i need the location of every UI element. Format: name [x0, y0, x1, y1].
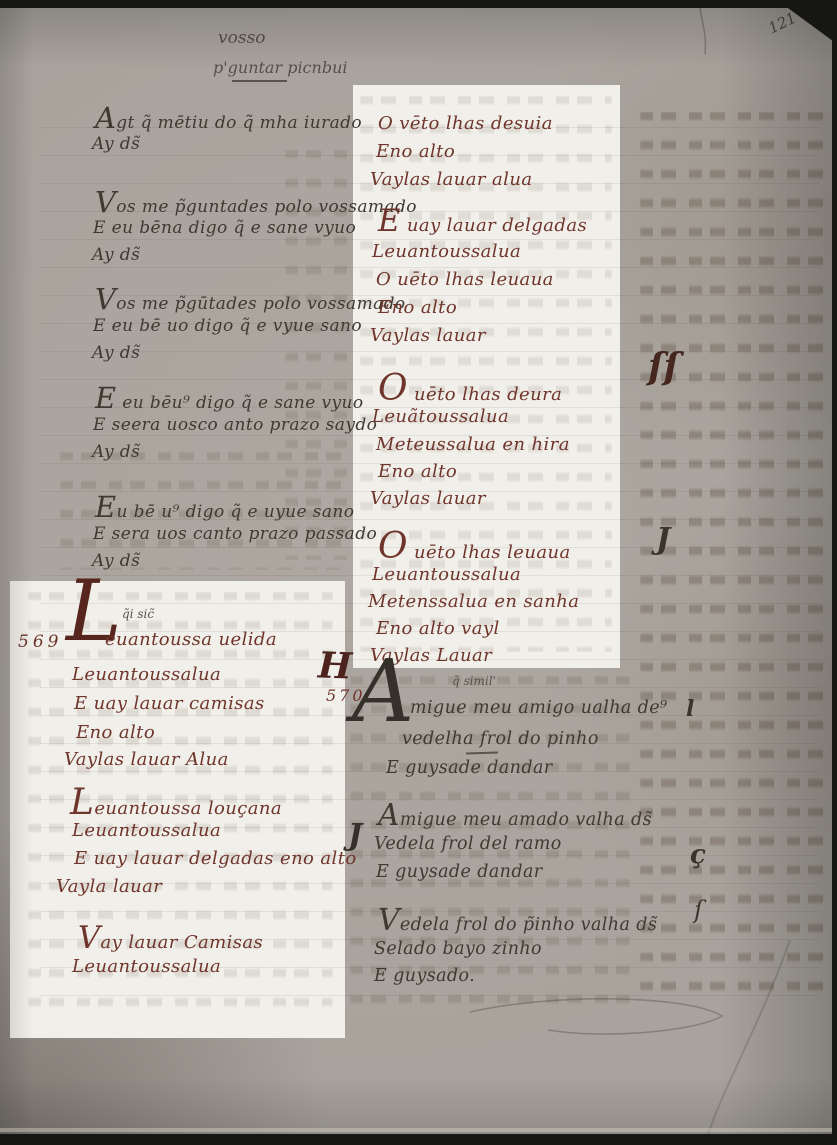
- verse-line: E guysade dandar: [386, 760, 553, 778]
- double-loop-margin-mark: ſſ: [648, 346, 679, 388]
- verse-line: vedelha frol do pinho: [402, 731, 599, 749]
- scan-edge-right: [832, 0, 837, 1145]
- scan-edge-top: [0, 0, 837, 8]
- verse-line: Vaylas lauar alua: [370, 171, 532, 189]
- verse-line: Ay ds̃: [92, 444, 140, 461]
- bleedthrough-text-lines: [640, 112, 830, 1002]
- verse-line: E sera uos canto prazo passado: [93, 526, 377, 543]
- verse-line: Eno alto: [376, 143, 455, 161]
- verse-line: Vayla lauar: [56, 878, 162, 896]
- verse-line: Leuantoussalua: [72, 958, 221, 976]
- verse-line: migue meu amigo ualha de⁹: [410, 700, 667, 718]
- verse-line: Leuãtoussalua: [372, 408, 509, 426]
- manuscript-page: vosso p'guntar picnbui 121 Agt q̃ mētiu …: [0, 0, 837, 1145]
- bar-margin-mark: l: [686, 696, 694, 722]
- verse-line: Leuantoussalua: [72, 666, 221, 684]
- verse-line: Metenssalua en sanha: [368, 593, 579, 611]
- verse-line: E uay lauar delgadas eno alto: [74, 850, 357, 868]
- verse-line: E guysade dandar: [376, 864, 543, 882]
- verse-line: O uēto lhas leuaua: [378, 534, 571, 562]
- long-s-margin-mark: ſ: [694, 896, 703, 924]
- verse-line: Leuantoussalua: [372, 566, 521, 584]
- verse-line: O vēto lhas desuia: [378, 115, 553, 133]
- verse-line: E seera uosco anto prazo saydo: [93, 417, 377, 434]
- frol-underline: [466, 751, 498, 754]
- curl-margin-mark: ç: [690, 840, 706, 870]
- verse-line: Vay lauar Camisas: [78, 928, 263, 952]
- verse-line: Amigue meu amado valha ds̃: [378, 805, 652, 830]
- folio-number: 121: [766, 9, 800, 38]
- header-annotation-note: p'guntar picnbui: [213, 58, 347, 77]
- verse-line: Ay ds̃: [92, 247, 140, 264]
- header-annotation-word: vosso: [218, 28, 266, 48]
- decorated-initial-A: A: [352, 658, 414, 727]
- verse-line: Eu bē u⁹ digo q̃ e uyue sano: [95, 497, 354, 521]
- verse-line: Vedela frol del ramo: [374, 836, 562, 854]
- verse-line: E eu bē uo digo q̃ e vyue sano: [93, 318, 362, 335]
- scan-edge-bottom: [0, 1134, 837, 1145]
- verse-line: Meteussalua en hira: [376, 436, 570, 454]
- verse-line: Leuantoussa louçana: [70, 790, 282, 818]
- hook-margin-mark: J: [656, 522, 670, 557]
- verse-line: Vaylas lauar: [370, 490, 486, 508]
- verse-line: Leuantoussalua: [72, 822, 221, 840]
- h-margin-mark: H: [317, 644, 352, 687]
- verse-line: Selado bayo zinho: [374, 941, 542, 959]
- verse-line: Agt q̃ mētiu do q̃ mha iurado: [95, 108, 362, 132]
- verse-line: Ay ds̃: [92, 345, 140, 362]
- margin-number-569: 569: [18, 634, 62, 651]
- page-bottom-edge-highlight: [0, 1128, 837, 1132]
- annotation-near-initial-A: q̃ simil': [452, 674, 496, 688]
- verse-line: E uay lauar camisas: [74, 695, 265, 713]
- verse-line: Eno alto: [76, 724, 155, 742]
- verse-line: Eno alto vayl: [376, 620, 500, 638]
- verse-line: O uēto lhas leuaua: [376, 271, 554, 289]
- verse-line: Eno alto: [378, 299, 457, 317]
- verse-line: E eu bēu⁹ digo q̃ e sane vyuo: [95, 388, 363, 412]
- verse-line: Ay ds̃: [92, 136, 140, 153]
- verse-line: E guysado.: [374, 968, 475, 986]
- verse-line: E eu bēna digo q̃ e sane vyuo: [93, 220, 356, 237]
- verse-line: Vedela frol do p̃inho valha ds̃: [378, 910, 657, 935]
- verse-line: Vos me p̃guntades polo vossamado: [95, 192, 417, 216]
- verse-line: Vos me p̃gūtades polo vossamado: [95, 289, 406, 313]
- verse-line: E uay lauar delgadas: [378, 211, 587, 235]
- verse-line: Eno alto: [378, 463, 457, 481]
- verse-line: euantoussa uelida: [105, 631, 277, 649]
- verse-line: Leuantoussalua: [372, 243, 521, 261]
- verse-line: Vaylas lauar: [370, 327, 486, 345]
- bracket-margin-mark: J: [348, 818, 362, 853]
- annotation-near-initial-L: q̃i sic̃: [122, 607, 154, 621]
- verse-line: O uēto lhas deura: [378, 376, 562, 404]
- annotation-underline: [232, 80, 287, 82]
- verse-line: Vaylas lauar Alua: [64, 751, 229, 769]
